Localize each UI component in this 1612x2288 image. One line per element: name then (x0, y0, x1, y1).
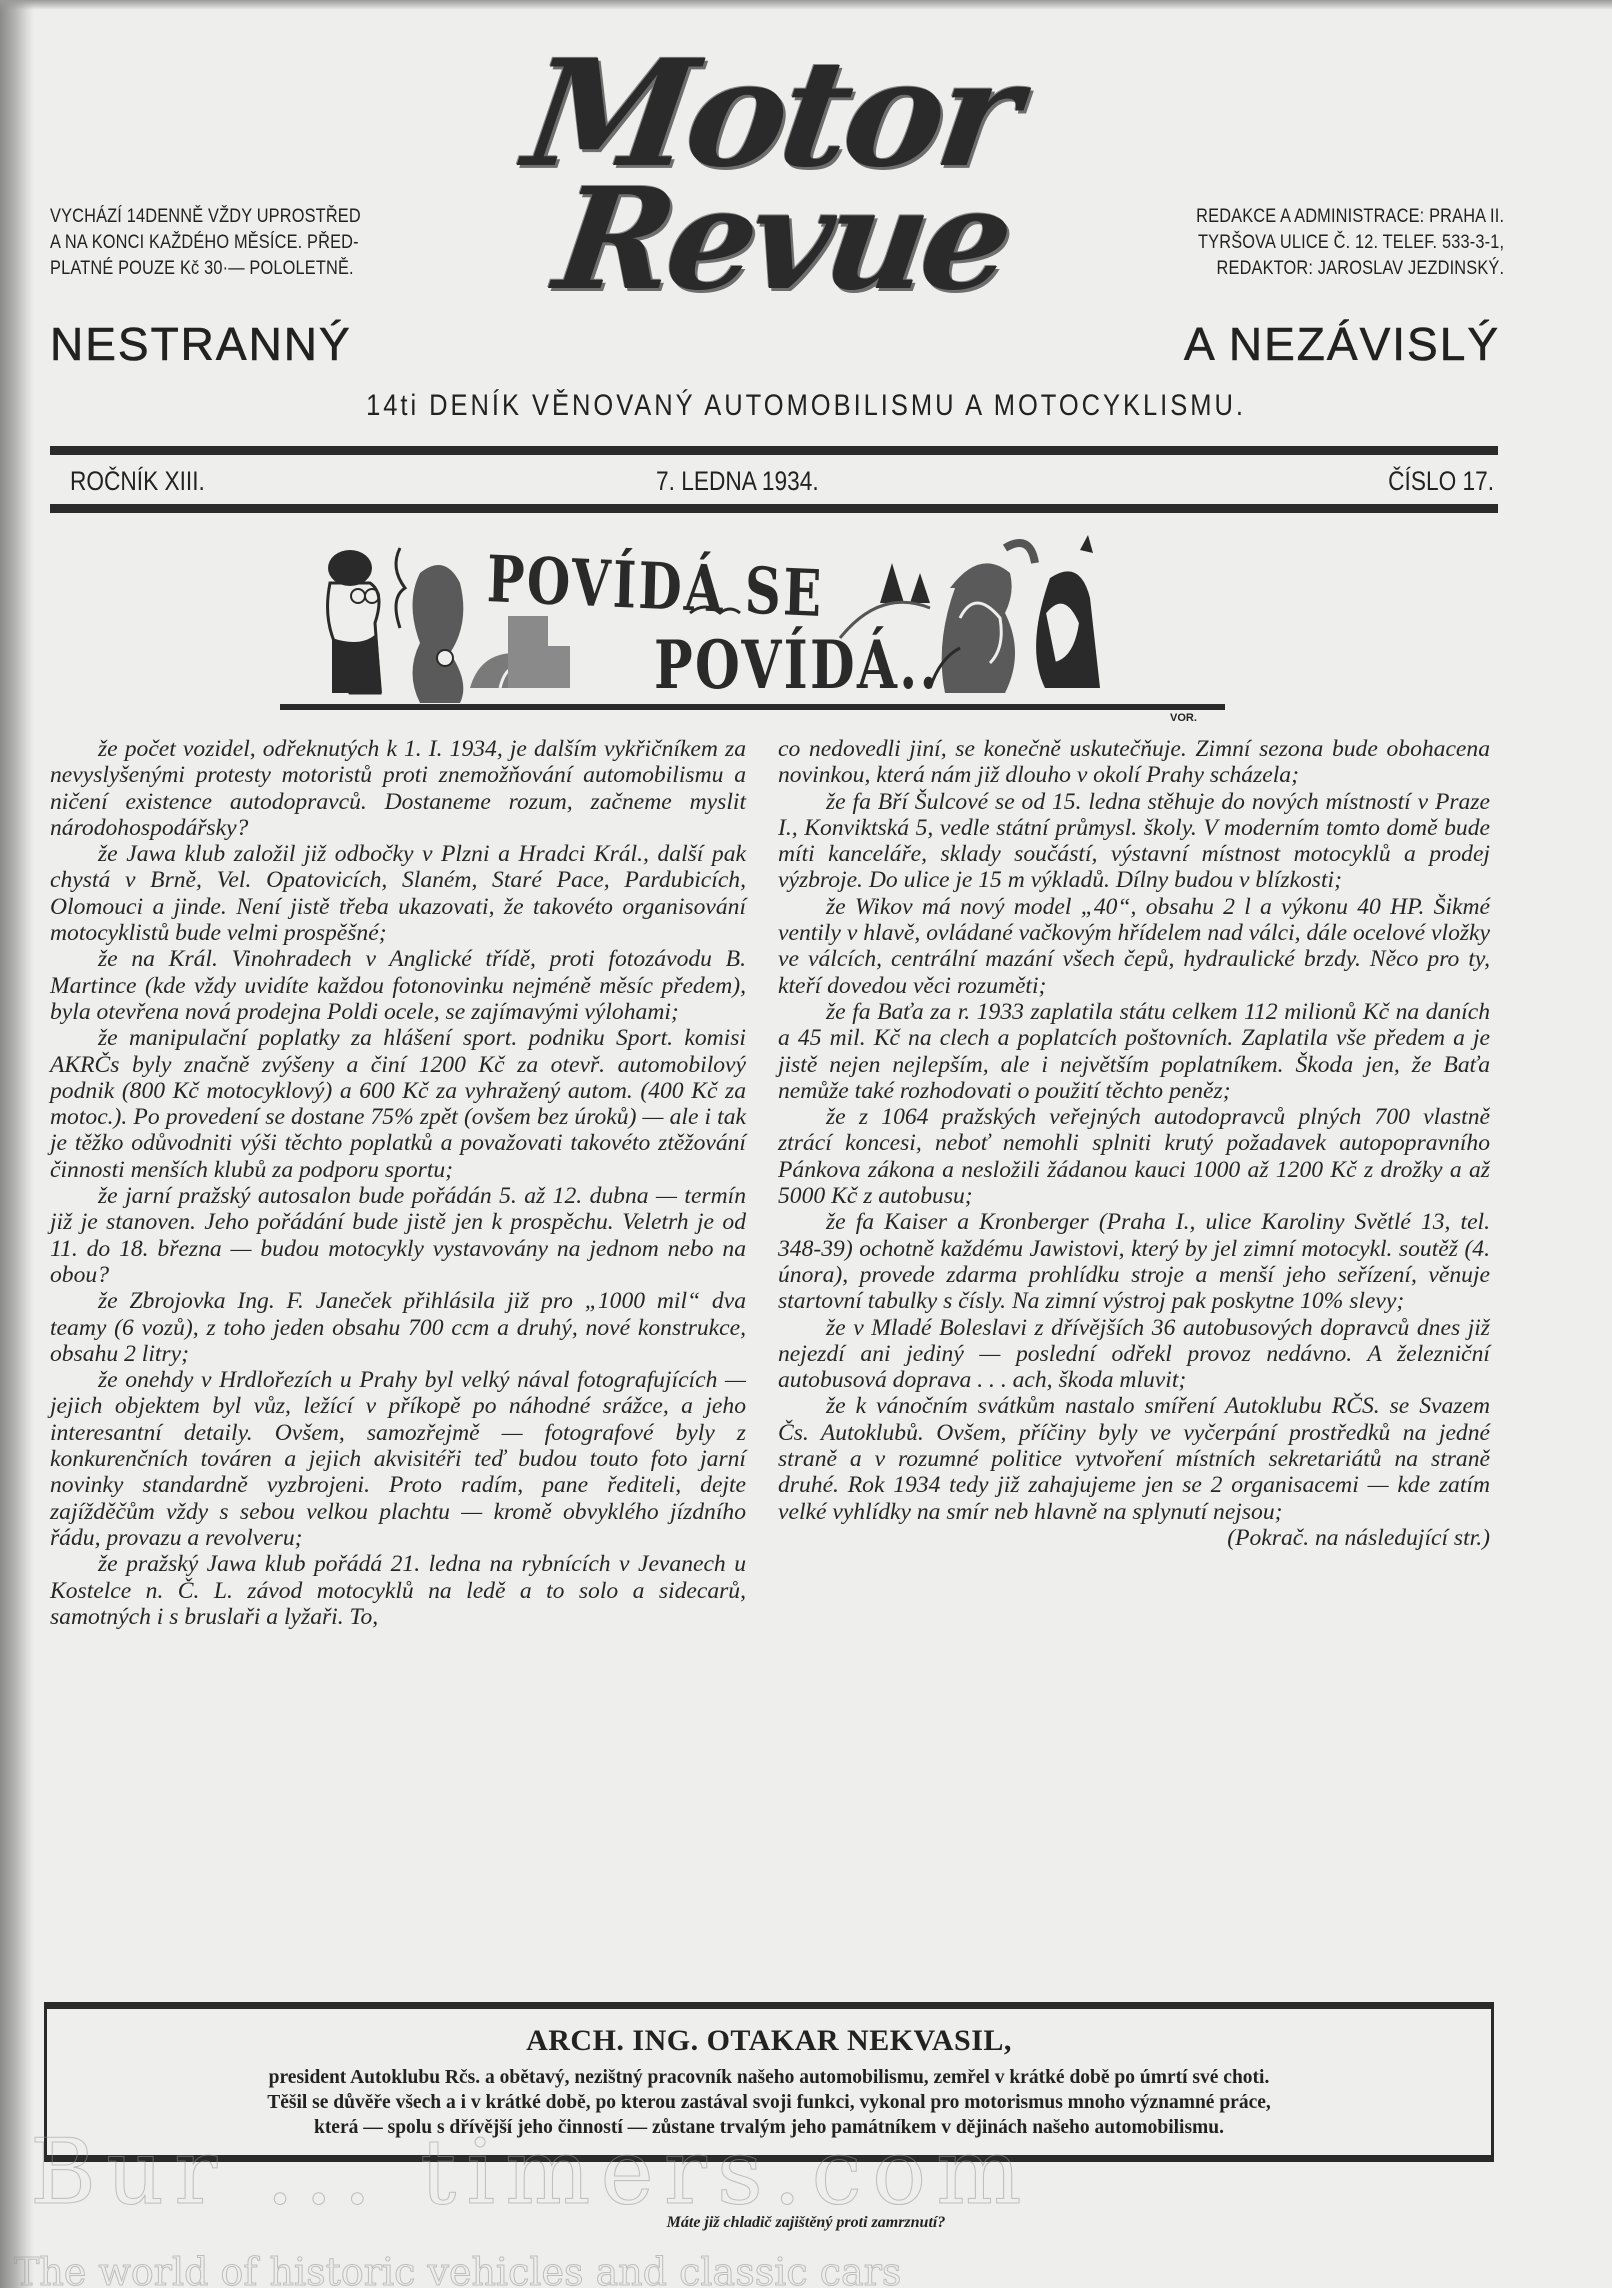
slogan-left: NESTRANNÝ (50, 318, 352, 370)
page-edge-shadow (0, 0, 34, 2288)
editorial-info-line: REDAKTOR: JAROSLAV JEZDINSKÝ. (1196, 256, 1504, 282)
illustrator-signature: VOR. (1170, 712, 1197, 724)
news-item: že Jawa klub založil již odbočky v Plzni… (50, 841, 746, 946)
volume-number: ROČNÍK XIII. (70, 464, 205, 498)
editorial-info: REDAKCE A ADMINISTRACE: PRAHA II. TYRŠOV… (1196, 204, 1504, 282)
obituary-box: ARCH. ING. OTAKAR NEKVASIL, president Au… (44, 2002, 1494, 2162)
news-item: že pražský Jawa klub pořádá 21. ledna na… (50, 1551, 746, 1630)
logo-revue: Revue (546, 158, 1017, 322)
news-item: že v Mladé Boleslavi z dřívějších 36 aut… (778, 1315, 1490, 1394)
obituary-line: president Autoklubu Rčs. a obětavý, nezi… (47, 2065, 1491, 2090)
editorial-info-line: TYRŠOVA ULICE Č. 12. TELEF. 533-3-1, (1196, 230, 1504, 256)
column-banner: POVÍDÁ SE POVÍDÁ.. VOR. (270, 528, 1270, 728)
logo: Motor Revue (488, 40, 1028, 370)
subscription-info-line: A NA KONCI KAŽDÉHO MĚSÍCE. PŘED- (50, 230, 361, 256)
news-item: že Zbrojovka Ing. F. Janeček přihlásila … (50, 1288, 746, 1367)
news-item: že fa Kaiser a Kronberger (Praha I., uli… (778, 1209, 1490, 1314)
news-item: že fa Baťa za r. 1933 zaplatila státu ce… (778, 999, 1490, 1104)
masthead-rule-top (50, 446, 1498, 455)
left-column: že počet vozidel, odřeknutých k 1. I. 19… (50, 736, 746, 1630)
news-item: že fa Bří Šulcové se od 15. ledna stěhuj… (778, 789, 1490, 894)
news-item: že manipulační poplatky za hlášení sport… (50, 1025, 746, 1183)
watermark-tagline: The world of historic vehicles and class… (14, 2250, 901, 2288)
issue-date: 7. LEDNA 1934. (656, 464, 819, 498)
news-item: že počet vozidel, odřeknutých k 1. I. 19… (50, 736, 746, 841)
news-item: že na Král. Vinohradech v Anglické třídě… (50, 946, 746, 1025)
news-item: že jarní pražský autosalon bude pořádán … (50, 1183, 746, 1288)
obituary-line: která — spolu s dřívější jeho činností —… (47, 2115, 1491, 2140)
obituary-title: ARCH. ING. OTAKAR NEKVASIL, (47, 2023, 1491, 2059)
news-item: že onehdy v Hrdlořezích u Prahy byl velk… (50, 1367, 746, 1551)
issue-number: ČÍSLO 17. (1388, 464, 1494, 498)
subscription-info-line: VYCHÁZÍ 14DENNĚ VŽDY UPROSTŘED (50, 204, 361, 230)
news-item: že Wikov má nový model „40“, obsahu 2 l … (778, 894, 1490, 999)
news-item: že k vánočním svátkům nastalo smíření Au… (778, 1393, 1490, 1524)
slogan-right: A NEZÁVISLÝ (1184, 318, 1500, 370)
page-top-shadow (0, 0, 1612, 10)
publication-subtitle: 14ti DENÍK VĚNOVANÝ AUTOMOBILISMU A MOTO… (121, 388, 1491, 424)
news-item: že z 1064 pražských veřejných autodoprav… (778, 1104, 1490, 1209)
banner-title-line2: POVÍDÁ.. (654, 626, 940, 704)
obituary-text: president Autoklubu Rčs. a obětavý, nezi… (47, 2065, 1491, 2140)
banner-ground-line (280, 704, 1225, 710)
continuation-note: (Pokrač. na následující str.) (778, 1525, 1490, 1551)
obituary-line: Těšil se důvěře všech a i v krátké době,… (47, 2090, 1491, 2115)
subscription-info: VYCHÁZÍ 14DENNĚ VŽDY UPROSTŘED A NA KONC… (50, 204, 361, 282)
footer-caption: Máte již chladič zajištěný proti zamrznu… (0, 2214, 1612, 2232)
right-column: co nedovedli jiní, se konečně uskutečňuj… (778, 736, 1490, 1551)
news-item-continued: co nedovedli jiní, se konečně uskutečňuj… (778, 736, 1490, 789)
banner-title-line1: POVÍDÁ SE (486, 542, 825, 632)
subscription-info-line: PLATNÉ POUZE Kč 30·— POLOLETNĚ. (50, 256, 361, 282)
masthead-rule-bottom (50, 504, 1498, 513)
editorial-info-line: REDAKCE A ADMINISTRACE: PRAHA II. (1196, 204, 1504, 230)
